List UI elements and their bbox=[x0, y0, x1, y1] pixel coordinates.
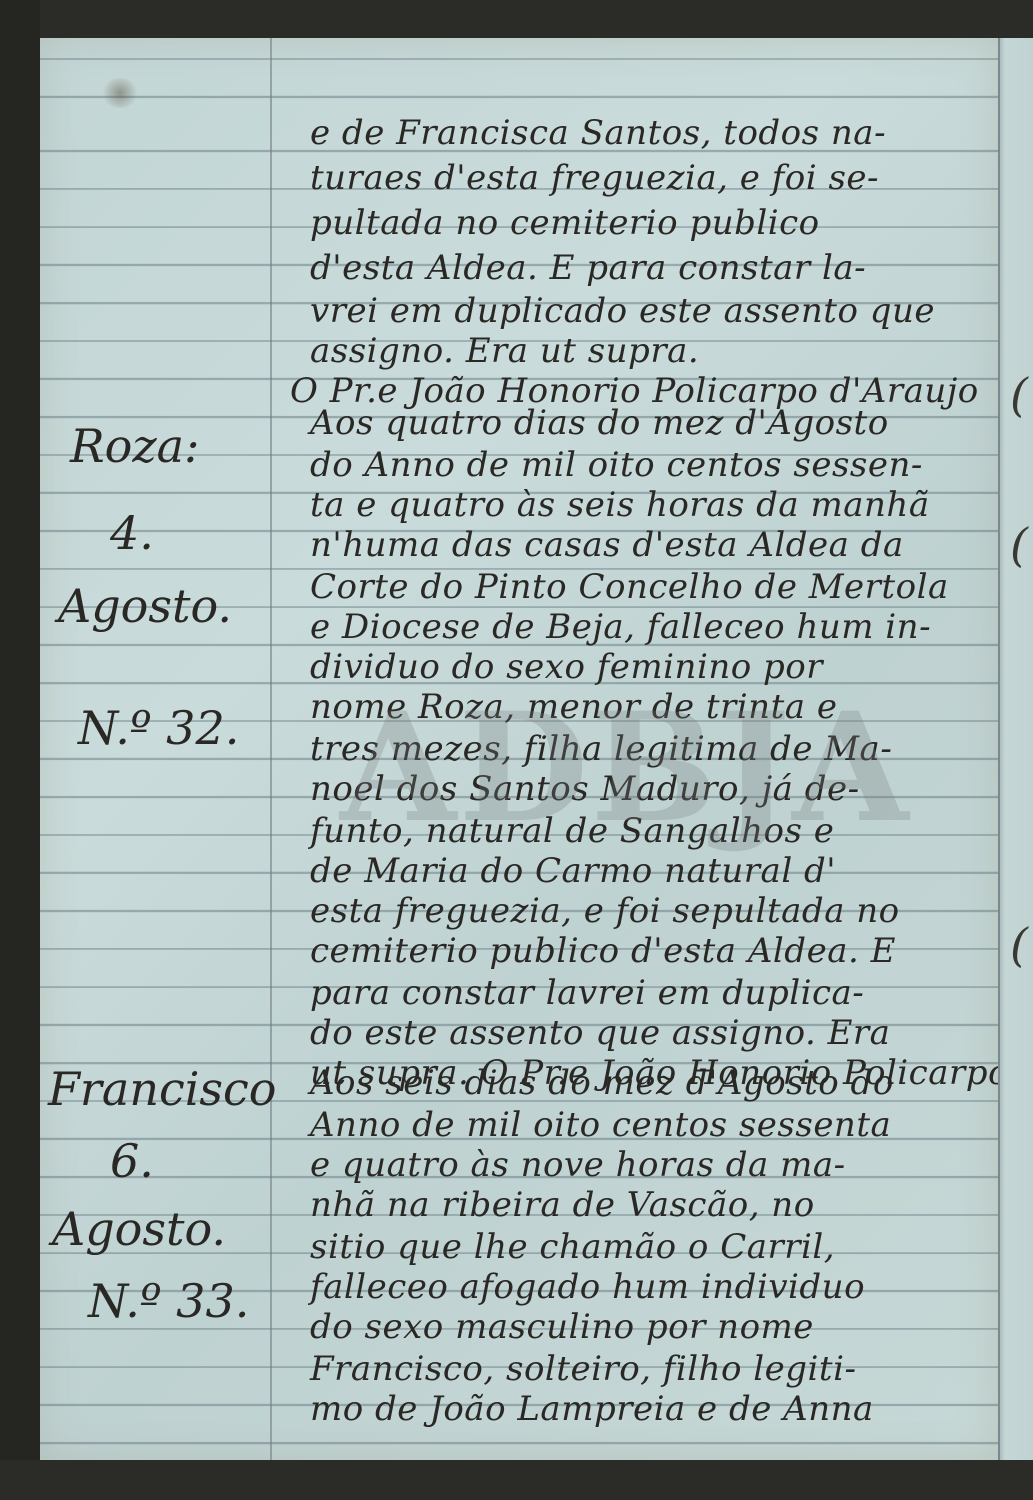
margin-day: 4. bbox=[110, 510, 154, 556]
text-line: assigno. Era ut supra. bbox=[310, 334, 699, 368]
margin-number: N.º 33. bbox=[88, 1278, 249, 1324]
text-line: e de Francisca Santos, todos na- bbox=[310, 116, 886, 150]
margin-month: Agosto. bbox=[52, 1206, 226, 1252]
text-line: n'huma das casas d'esta Aldea da bbox=[310, 528, 904, 562]
text-line: Aos seis dias do mez d'Agosto do bbox=[310, 1066, 894, 1100]
text-line: Anno de mil oito centos sessenta bbox=[310, 1108, 891, 1142]
text-line: turaes d'esta freguezia, e foi se- bbox=[310, 161, 879, 195]
text-line: Francisco, solteiro, filho legiti- bbox=[310, 1352, 856, 1386]
text-line: nome Roza, menor de trinta e bbox=[310, 690, 837, 724]
text-line: vrei em duplicado este assento que bbox=[310, 294, 935, 328]
text-line: funto, natural de Sangalhos e bbox=[310, 814, 834, 848]
text-line: cemiterio publico d'esta Aldea. E bbox=[310, 934, 896, 968]
text-line: pultada no cemiterio publico bbox=[310, 206, 820, 240]
margin-name: Roza: bbox=[70, 423, 200, 469]
manuscript-page: e de Francisca Santos, todos na- turaes … bbox=[40, 38, 998, 1460]
margin-day: 6. bbox=[110, 1138, 154, 1184]
facing-page-fragment: ( bbox=[1010, 518, 1028, 572]
text-line: falleceo afogado hum individuo bbox=[310, 1270, 865, 1304]
binding-fold bbox=[998, 38, 1000, 1460]
text-line: do sexo masculino por nome bbox=[310, 1310, 814, 1344]
facing-page-fragment: ( bbox=[1010, 368, 1028, 422]
text-line: mo de João Lampreia e de Anna bbox=[310, 1392, 874, 1426]
margin-month: Agosto. bbox=[58, 583, 232, 629]
margin-name: Francisco bbox=[48, 1066, 277, 1112]
text-line: para constar lavrei em duplica- bbox=[310, 976, 864, 1010]
text-line: esta freguezia, e foi sepultada no bbox=[310, 894, 900, 928]
text-line: noel dos Santos Maduro, já de- bbox=[310, 772, 860, 806]
text-line: dividuo do sexo feminino por bbox=[310, 650, 823, 684]
scan-border-bottom bbox=[0, 1460, 1033, 1500]
text-line: Corte do Pinto Concelho de Mertola bbox=[310, 570, 949, 604]
margin-number: N.º 32. bbox=[78, 705, 239, 751]
text-line: tres mezes, filha legitima de Ma- bbox=[310, 732, 892, 766]
margin-rule bbox=[270, 38, 272, 1460]
ink-stain bbox=[100, 78, 140, 108]
text-line: Aos quatro dias do mez d'Agosto bbox=[310, 406, 889, 440]
scan-border-left bbox=[0, 0, 40, 1500]
text-line: d'esta Aldea. E para constar la- bbox=[310, 251, 866, 285]
text-line: e Diocese de Beja, falleceo hum in- bbox=[310, 610, 931, 644]
text-line: nhã na ribeira de Vascão, no bbox=[310, 1188, 815, 1222]
text-line: sitio que lhe chamão o Carril, bbox=[310, 1230, 835, 1264]
scan-border-top bbox=[0, 0, 1033, 38]
text-line: de Maria do Carmo natural d' bbox=[310, 854, 836, 888]
text-line: ta e quatro às seis horas da manhã bbox=[310, 488, 930, 522]
facing-page-edge: ( ( ( bbox=[998, 38, 1033, 1460]
text-line: e quatro às nove horas da ma- bbox=[310, 1148, 846, 1182]
facing-page-fragment: ( bbox=[1010, 918, 1028, 972]
text-line: do este assento que assigno. Era bbox=[310, 1016, 890, 1050]
text-line: do Anno de mil oito centos sessen- bbox=[310, 448, 923, 482]
